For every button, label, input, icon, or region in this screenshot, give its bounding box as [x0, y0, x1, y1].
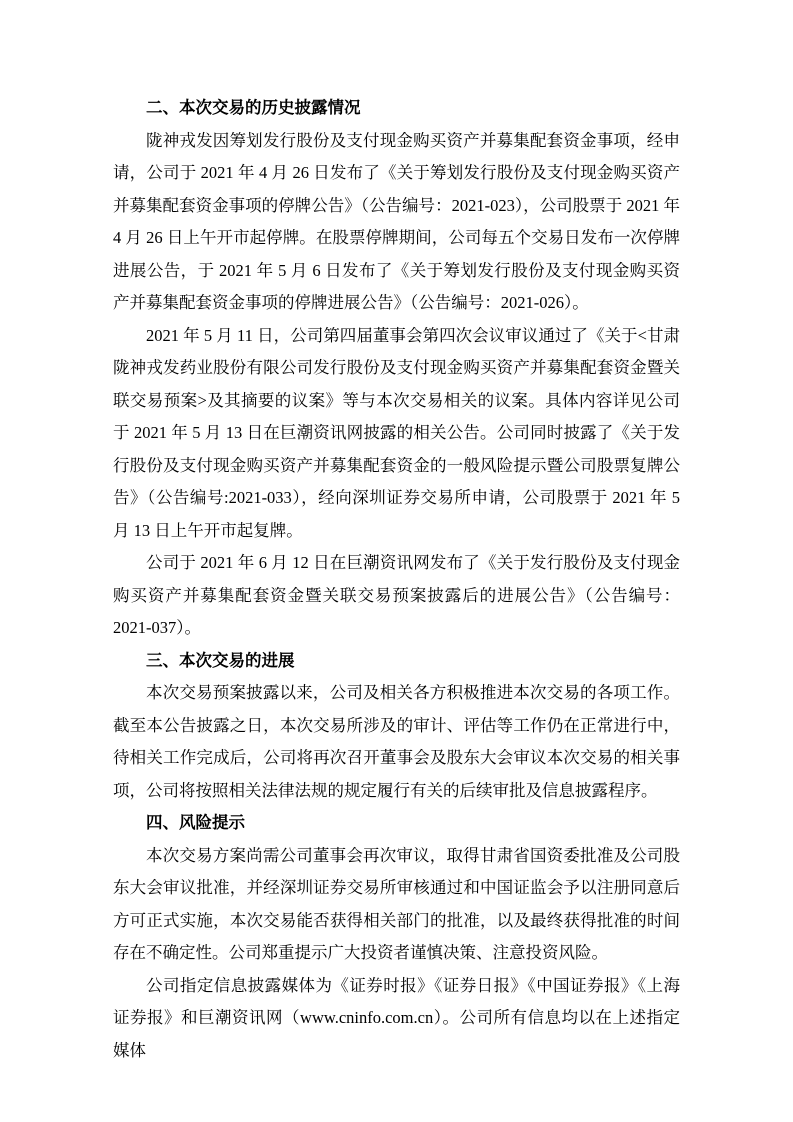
- announcement-page: 二、本次交易的历史披露情况 陇神戎发因筹划发行股份及支付现金购买资产并募集配套资…: [0, 0, 793, 1122]
- paragraph-risk-notice: 本次交易方案尚需公司董事会再次审议，取得甘肃省国资委批准及公司股东大会审议批准，…: [113, 840, 680, 970]
- section-heading-risk-notice: 四、风险提示: [113, 807, 680, 840]
- paragraph-board-meeting-approval: 2021 年 5 月 11 日，公司第四届董事会第四次会议审议通过了《关于<甘肃…: [113, 320, 680, 548]
- paragraph-designated-media: 公司指定信息披露媒体为《证券时报》《证券日报》《中国证券报》《上海证券报》和巨潮…: [113, 970, 680, 1068]
- section-heading-transaction-progress: 三、本次交易的进展: [113, 645, 680, 678]
- paragraph-progress-announcement-june: 公司于 2021 年 6 月 12 日在巨潮资讯网发布了《关于发行股份及支付现金…: [113, 547, 680, 645]
- paragraph-transaction-progress: 本次交易预案披露以来，公司及相关各方积极推进本次交易的各项工作。截至本公告披露之…: [113, 677, 680, 807]
- document-content: 二、本次交易的历史披露情况 陇神戎发因筹划发行股份及支付现金购买资产并募集配套资…: [113, 92, 680, 1067]
- section-heading-history-disclosure: 二、本次交易的历史披露情况: [113, 92, 680, 125]
- paragraph-suspension-announcements: 陇神戎发因筹划发行股份及支付现金购买资产并募集配套资金事项，经申请，公司于 20…: [113, 125, 680, 320]
